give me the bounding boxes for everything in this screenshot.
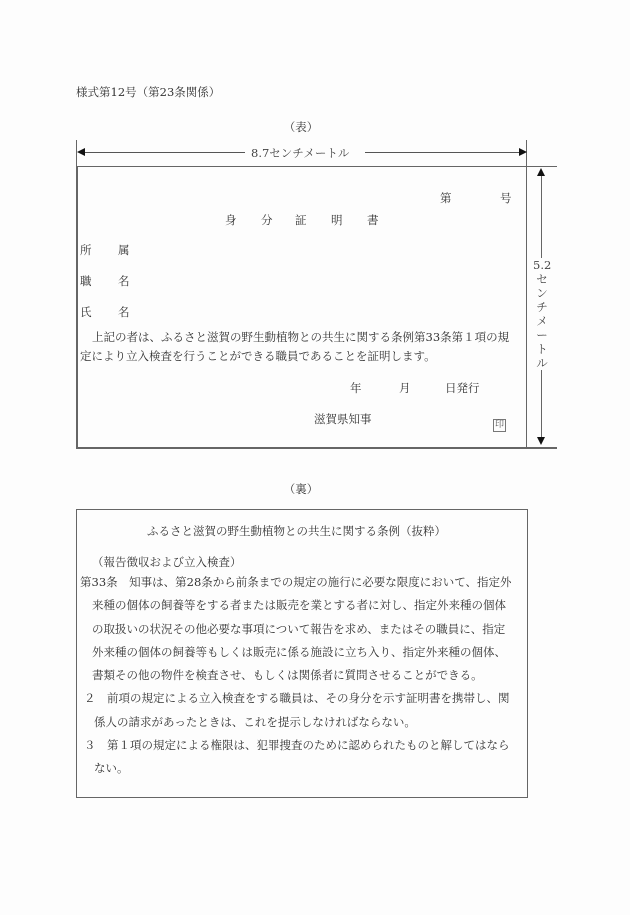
front-side-label: （表） (0, 119, 616, 135)
statement-line-2: 定により立入検査を行うことができる職員であることを証明します。 (80, 348, 436, 364)
height-dimension-char: ル (533, 356, 551, 370)
title-char: 書 (367, 212, 379, 228)
article-paragraph-3: ３ 第１項の規定による権限は、犯罪捜査のために認められたものと解してはなら (84, 734, 534, 758)
height-dimension-char: メ (533, 314, 551, 328)
height-dimension-char: ト (533, 342, 551, 356)
title-char: 明 (331, 212, 343, 228)
excerpt-title: ふるさと滋賀の野生動植物との共生に関する条例（抜粋） (147, 523, 446, 539)
title-char: 身 (225, 212, 237, 228)
height-dimension-char: セ (533, 272, 551, 286)
height-dimension-char: チ (533, 300, 551, 314)
arrow-down-icon (537, 437, 545, 445)
arrow-up-icon (537, 168, 545, 176)
number-prefix: 第 (440, 190, 452, 206)
number-suffix: 号 (500, 190, 512, 206)
article-text: の取扱いの状況その他必要な事項について報告を求め、またはその職員に、指定 (92, 618, 542, 642)
title-char: 分 (261, 212, 273, 228)
field-label: 所 (80, 242, 92, 258)
date-month: 月 (399, 380, 411, 396)
seal-mark: 印 (493, 419, 506, 432)
height-dimension-char: ー (533, 328, 551, 342)
seal-icon: 印 (493, 412, 506, 432)
card-bottom-border (76, 447, 557, 449)
article-paragraph-2-cont: 係人の請求があったときは、これを提示しなければならない。 (94, 711, 544, 735)
width-dimension-line-right (365, 152, 521, 153)
article-text: 外来種の個体の飼養等もしくは販売に係る施設に立ち入り、指定外来種の個体、 (92, 641, 542, 665)
title-char: 証 (295, 212, 307, 228)
arrow-right-icon (519, 148, 527, 156)
card-right-border (526, 166, 527, 448)
card-top-border (76, 166, 557, 167)
height-dimension-label: 5.2 セ ン チ メ ー ト ル (533, 258, 551, 370)
statement-line-1: 上記の者は、ふるさと滋賀の野生動植物との共生に関する条例第33条第１項の規 (92, 329, 509, 345)
height-dimension-char: ン (533, 286, 551, 300)
field-label: 職 (80, 273, 92, 289)
article-text: 来種の個体の飼養等をする者または販売を業とする者に対し、指定外来種の個体 (92, 594, 542, 618)
card-left-border (76, 166, 78, 448)
field-label: 属 (118, 242, 130, 258)
date-day-issued: 日発行 (445, 380, 480, 396)
arrow-left-icon (77, 148, 85, 156)
form-title: 様式第12号（第23条関係） (76, 84, 220, 100)
article-paragraph-2: ２ 前項の規定による立入検査をする職員は、その身分を示す証明書を携帯し、関 (84, 687, 534, 711)
field-label: 名 (118, 273, 130, 289)
field-label: 氏 (80, 304, 92, 320)
field-label: 名 (118, 304, 130, 320)
article-text: 第33条 知事は、第28条から前条までの規定の施行に必要な限度において、指定外 (80, 571, 530, 595)
width-dimension-label: 8.7センチメートル (251, 145, 349, 161)
back-side-label: （裏） (0, 481, 616, 497)
height-dimension-value: 5.2 (533, 258, 551, 272)
issuer: 滋賀県知事 (314, 411, 372, 427)
article-text: 書類その他の物件を検査させ、もしくは関係者に質問させることができる。 (92, 664, 542, 688)
article-paragraph-3-cont: ない。 (94, 757, 544, 781)
width-dimension-line-left (80, 152, 245, 153)
article-caption: （報告徴収および立入検査） (92, 554, 242, 570)
date-year: 年 (350, 380, 362, 396)
